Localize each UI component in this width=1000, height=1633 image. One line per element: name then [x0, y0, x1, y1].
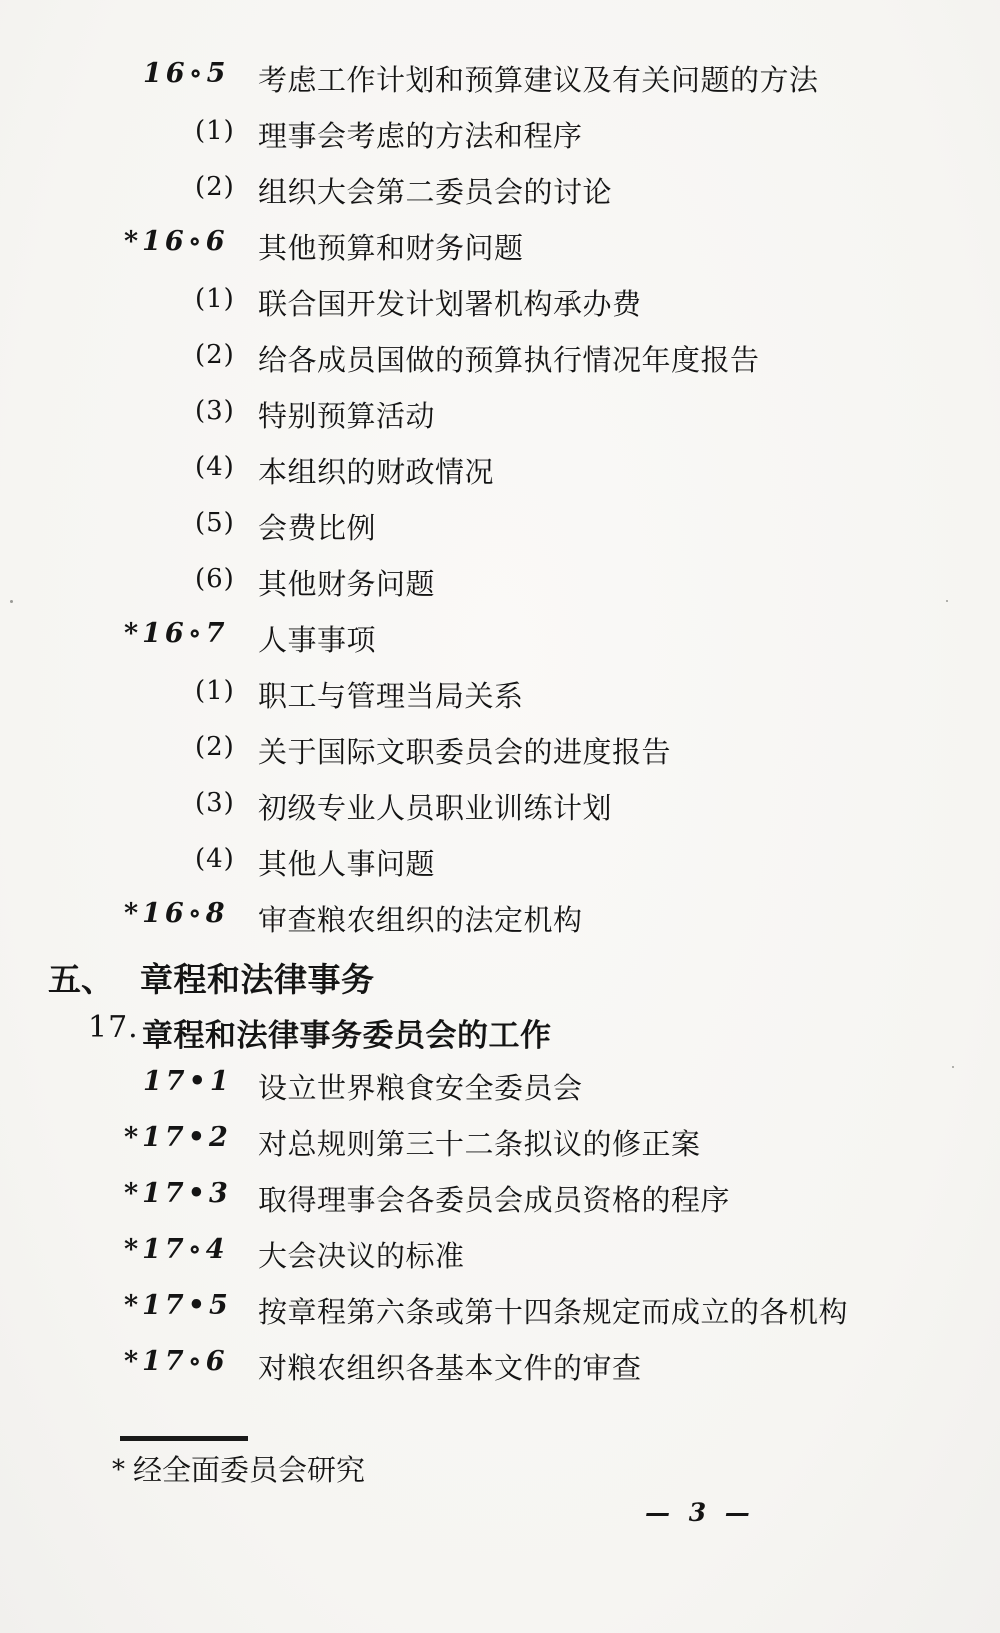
- agenda-item-number: 16∘5: [143, 58, 229, 89]
- agenda-row: *17•5按章程第六条或第十四条规定而成立的各机构: [0, 1290, 1000, 1346]
- agenda-row: *17∘6对粮农组织各基本文件的审查: [0, 1346, 1000, 1402]
- agenda-item-number: (2): [195, 172, 235, 202]
- agenda-row: (3)初级专业人员职业训练计划: [0, 786, 1000, 842]
- agenda-item-title: 其他财务问题: [258, 562, 435, 603]
- agenda-item-number: (2): [195, 732, 235, 762]
- agenda-item-number: (4): [195, 844, 235, 874]
- agenda-item-number: (4): [195, 452, 235, 482]
- agenda-item-number: (5): [195, 508, 235, 538]
- agenda-item-title: 考虑工作计划和预算建议及有关问题的方法: [258, 58, 819, 99]
- agenda-item-title: 章程和法律事务: [140, 954, 375, 1001]
- agenda-item-title: 给各成员国做的预算执行情况年度报告: [258, 338, 760, 379]
- agenda-row: (2)组织大会第二委员会的讨论: [0, 170, 1000, 226]
- agenda-item-title: 章程和法律事务委员会的工作: [142, 1010, 552, 1055]
- agenda-item-title: 理事会考虑的方法和程序: [258, 114, 583, 155]
- agenda-row: *17∘4大会决议的标准: [0, 1234, 1000, 1290]
- agenda-row: (2)关于国际文职委员会的进度报告: [0, 730, 1000, 786]
- scan-speck: [952, 1066, 954, 1068]
- agenda-row: *17•3取得理事会各委员会成员资格的程序: [0, 1178, 1000, 1234]
- agenda-item-title: 人事事项: [258, 618, 376, 659]
- footnote-text: 经全面委员会研究: [133, 1455, 365, 1487]
- agenda-item-title: 职工与管理当局关系: [258, 674, 524, 715]
- footnote-asterisk: *: [112, 1455, 125, 1485]
- agenda-item-number: (1): [195, 284, 235, 314]
- agenda-row: (1)联合国开发计划署机构承办费: [0, 282, 1000, 338]
- agenda-list: 16∘5考虑工作计划和预算建议及有关问题的方法(1)理事会考虑的方法和程序(2)…: [0, 58, 1000, 1402]
- agenda-item-number: (2): [195, 340, 235, 370]
- agenda-row: (5)会费比例: [0, 506, 1000, 562]
- agenda-row: (6)其他财务问题: [0, 562, 1000, 618]
- agenda-row: (3)特别预算活动: [0, 394, 1000, 450]
- agenda-item-number: *17∘4: [124, 1234, 228, 1265]
- agenda-row: *17•2对总规则第三十二条拟议的修正案: [0, 1122, 1000, 1178]
- agenda-item-title: 其他预算和财务问题: [258, 226, 524, 267]
- footnote-divider: [120, 1436, 248, 1441]
- agenda-item-title: 会费比例: [258, 506, 376, 547]
- agenda-item-number: (1): [195, 676, 235, 706]
- agenda-item-title: 对总规则第三十二条拟议的修正案: [258, 1122, 701, 1163]
- agenda-item-title: 特别预算活动: [258, 394, 435, 435]
- agenda-item-title: 联合国开发计划署机构承办费: [258, 282, 642, 323]
- agenda-item-title: 对粮农组织各基本文件的审查: [258, 1346, 642, 1387]
- scan-speck: [946, 600, 948, 602]
- agenda-row: (4)本组织的财政情况: [0, 450, 1000, 506]
- agenda-item-title: 取得理事会各委员会成员资格的程序: [258, 1178, 730, 1219]
- agenda-item-title: 其他人事问题: [258, 842, 435, 883]
- agenda-item-title: 本组织的财政情况: [258, 450, 494, 491]
- agenda-item-number: (6): [195, 564, 235, 594]
- agenda-item-title: 审查粮农组织的法定机构: [258, 898, 583, 939]
- agenda-item-number: *17∘6: [124, 1346, 228, 1377]
- agenda-row: (2)给各成员国做的预算执行情况年度报告: [0, 338, 1000, 394]
- agenda-row: 17.章程和法律事务委员会的工作: [0, 1010, 1000, 1066]
- agenda-item-number: *16∘8: [124, 898, 228, 929]
- agenda-item-title: 关于国际文职委员会的进度报告: [258, 730, 671, 771]
- agenda-row: 17•1设立世界粮食安全委员会: [0, 1066, 1000, 1122]
- agenda-row: (1)理事会考虑的方法和程序: [0, 114, 1000, 170]
- agenda-item-title: 设立世界粮食安全委员会: [258, 1066, 583, 1107]
- agenda-item-number: 17•1: [143, 1066, 233, 1097]
- footnote: *经全面委员会研究: [112, 1448, 365, 1489]
- agenda-item-number: *17•3: [124, 1178, 232, 1209]
- agenda-item-number: *16∘7: [124, 618, 228, 649]
- agenda-row: (1)职工与管理当局关系: [0, 674, 1000, 730]
- agenda-item-number: *16∘6: [124, 226, 228, 257]
- agenda-item-title: 按章程第六条或第十四条规定而成立的各机构: [258, 1290, 848, 1331]
- agenda-item-title: 大会决议的标准: [258, 1234, 465, 1275]
- agenda-row: (4)其他人事问题: [0, 842, 1000, 898]
- agenda-item-number: (3): [195, 788, 235, 818]
- agenda-row: 五、章程和法律事务: [0, 954, 1000, 1010]
- scan-speck: [10, 600, 13, 603]
- agenda-row: *16∘6其他预算和财务问题: [0, 226, 1000, 282]
- agenda-item-number: 五、: [48, 954, 114, 1001]
- agenda-row: *16∘7人事事项: [0, 618, 1000, 674]
- agenda-item-number: 17.: [88, 1010, 139, 1045]
- agenda-item-number: (1): [195, 116, 235, 146]
- agenda-item-title: 初级专业人员职业训练计划: [258, 786, 612, 827]
- agenda-row: *16∘8审查粮农组织的法定机构: [0, 898, 1000, 954]
- document-page: 16∘5考虑工作计划和预算建议及有关问题的方法(1)理事会考虑的方法和程序(2)…: [0, 0, 1000, 1633]
- agenda-row: 16∘5考虑工作计划和预算建议及有关问题的方法: [0, 58, 1000, 114]
- agenda-item-number: *17•5: [124, 1290, 232, 1321]
- agenda-item-title: 组织大会第二委员会的讨论: [258, 170, 612, 211]
- agenda-item-number: *17•2: [124, 1122, 232, 1153]
- agenda-item-number: (3): [195, 396, 235, 426]
- page-number: — 3 —: [645, 1498, 755, 1527]
